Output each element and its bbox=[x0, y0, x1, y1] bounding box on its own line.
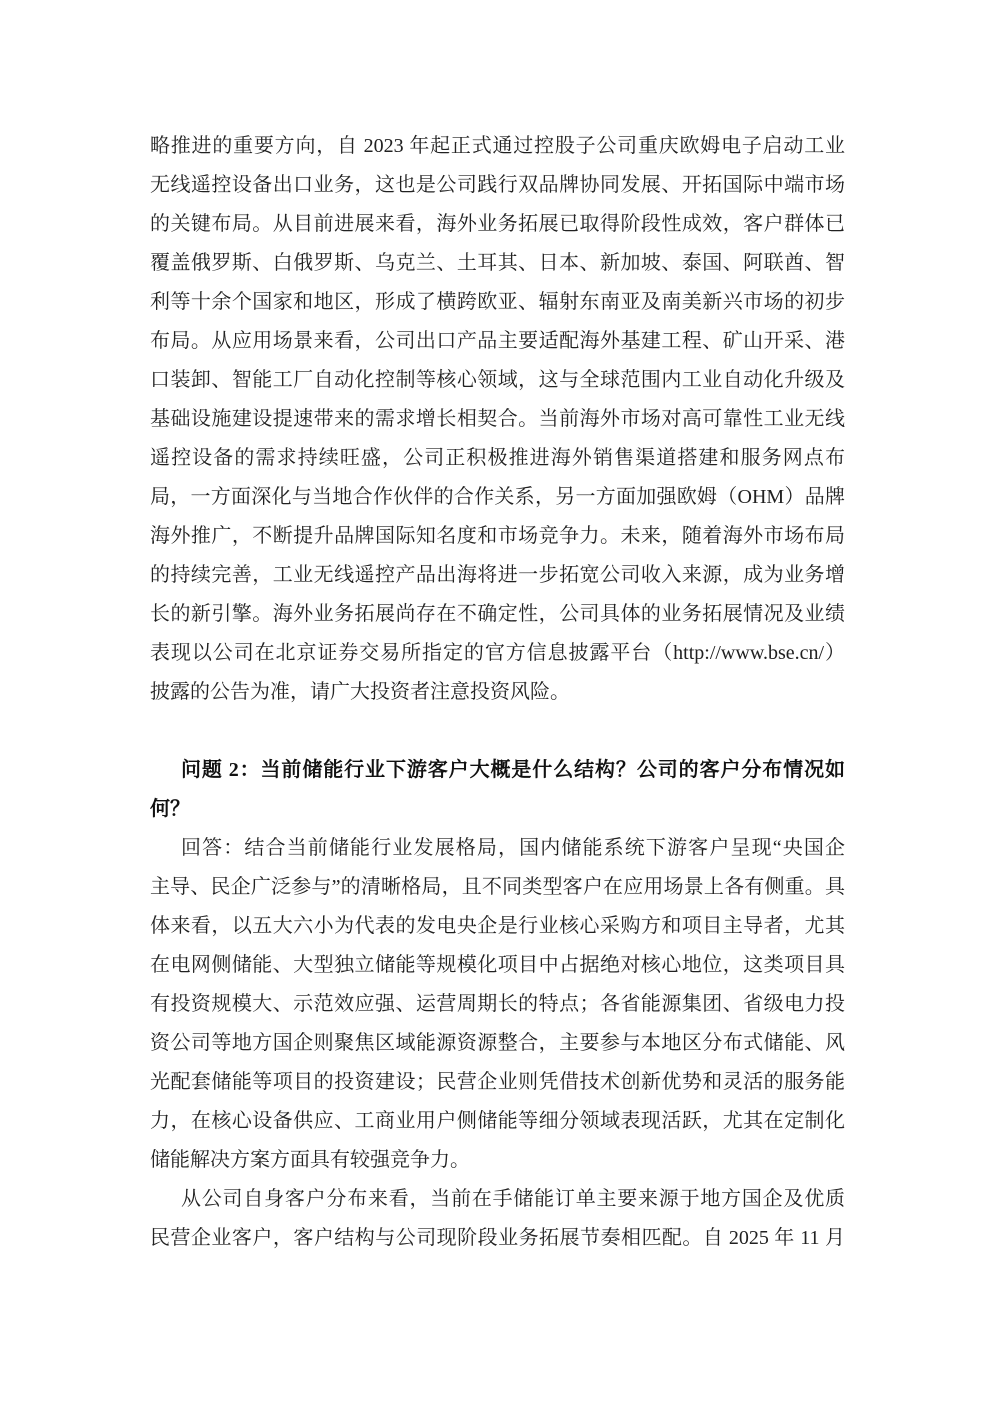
paragraph-overseas-business: 略推进的重要方向，自 2023 年起正式通过控股子公司重庆欧姆电子启动工业 无线… bbox=[150, 127, 845, 712]
text-line: 遥控设备的需求持续旺盛，公司正积极推进海外销售渠道搭建和服务网点布 bbox=[150, 439, 845, 478]
heading-line: 何？ bbox=[150, 790, 845, 829]
text-line: 回答：结合当前储能行业发展格局，国内储能系统下游客户呈现“央国企 bbox=[150, 829, 845, 868]
document-page: 略推进的重要方向，自 2023 年起正式通过控股子公司重庆欧姆电子启动工业 无线… bbox=[0, 0, 1000, 1414]
question-2-heading: 问题 2：当前储能行业下游客户大概是什么结构？公司的客户分布情况如 何？ bbox=[150, 751, 845, 829]
text-line: 主导、民企广泛参与”的清晰格局，且不同类型客户在应用场景上各有侧重。具 bbox=[150, 868, 845, 907]
text-line-with-url: 表现以公司在北京证券交易所指定的官方信息披露平台（http://www.bse.… bbox=[150, 634, 845, 673]
text-line: 的关键布局。从目前进展来看，海外业务拓展已取得阶段性成效，客户群体已 bbox=[150, 205, 845, 244]
text-line: 利等十余个国家和地区，形成了横跨欧亚、辐射东南亚及南美新兴市场的初步 bbox=[150, 283, 845, 322]
text-line: 从公司自身客户分布来看，当前在手储能订单主要来源于地方国企及优质 bbox=[150, 1180, 845, 1219]
text-line: 民营企业客户，客户结构与公司现阶段业务拓展节奏相匹配。自 2025 年 11 月 bbox=[150, 1219, 845, 1258]
text-line: 披露的公告为准，请广大投资者注意投资风险。 bbox=[150, 673, 845, 712]
text-line: 力，在核心设备供应、工商业用户侧储能等细分领域表现活跃，尤其在定制化 bbox=[150, 1102, 845, 1141]
text-line: 覆盖俄罗斯、白俄罗斯、乌克兰、土耳其、日本、新加坡、泰国、阿联酋、智 bbox=[150, 244, 845, 283]
text-line: 体来看，以五大六小为代表的发电央企是行业核心采购方和项目主导者，尤其 bbox=[150, 907, 845, 946]
text-line: 储能解决方案方面具有较强竞争力。 bbox=[150, 1141, 845, 1180]
text-line: 略推进的重要方向，自 2023 年起正式通过控股子公司重庆欧姆电子启动工业 bbox=[150, 127, 845, 166]
heading-line: 问题 2：当前储能行业下游客户大概是什么结构？公司的客户分布情况如 bbox=[150, 751, 845, 790]
text-line: 局，一方面深化与当地合作伙伴的合作关系，另一方面加强欧姆（OHM）品牌 bbox=[150, 478, 845, 517]
text-line: 基础设施建设提速带来的需求增长相契合。当前海外市场对高可靠性工业无线 bbox=[150, 400, 845, 439]
text-line: 长的新引擎。海外业务拓展尚存在不确定性，公司具体的业务拓展情况及业绩 bbox=[150, 595, 845, 634]
text-line: 光配套储能等项目的投资建设；民营企业则凭借技术创新优势和灵活的服务能 bbox=[150, 1063, 845, 1102]
paragraph-company-client-distribution: 从公司自身客户分布来看，当前在手储能订单主要来源于地方国企及优质 民营企业客户，… bbox=[150, 1180, 845, 1258]
text-line: 布局。从应用场景来看，公司出口产品主要适配海外基建工程、矿山开采、港 bbox=[150, 322, 845, 361]
text-line: 有投资规模大、示范效应强、运营周期长的特点；各省能源集团、省级电力投 bbox=[150, 985, 845, 1024]
text-line: 资公司等地方国企则聚焦区域能源资源整合，主要参与本地区分布式储能、风 bbox=[150, 1024, 845, 1063]
text-line: 的持续完善，工业无线遥控产品出海将进一步拓宽公司收入来源，成为业务增 bbox=[150, 556, 845, 595]
text-line: 在电网侧储能、大型独立储能等规模化项目中占据绝对核心地位，这类项目具 bbox=[150, 946, 845, 985]
paragraph-answer-industry-structure: 回答：结合当前储能行业发展格局，国内储能系统下游客户呈现“央国企 主导、民企广泛… bbox=[150, 829, 845, 1180]
text-line: 无线遥控设备出口业务，这也是公司践行双品牌协同发展、开拓国际中端市场 bbox=[150, 166, 845, 205]
text-line: 海外推广，不断提升品牌国际知名度和市场竞争力。未来，随着海外市场布局 bbox=[150, 517, 845, 556]
text-column: 略推进的重要方向，自 2023 年起正式通过控股子公司重庆欧姆电子启动工业 无线… bbox=[150, 127, 845, 1258]
text-line: 口装卸、智能工厂自动化控制等核心领域，这与全球范围内工业自动化升级及 bbox=[150, 361, 845, 400]
